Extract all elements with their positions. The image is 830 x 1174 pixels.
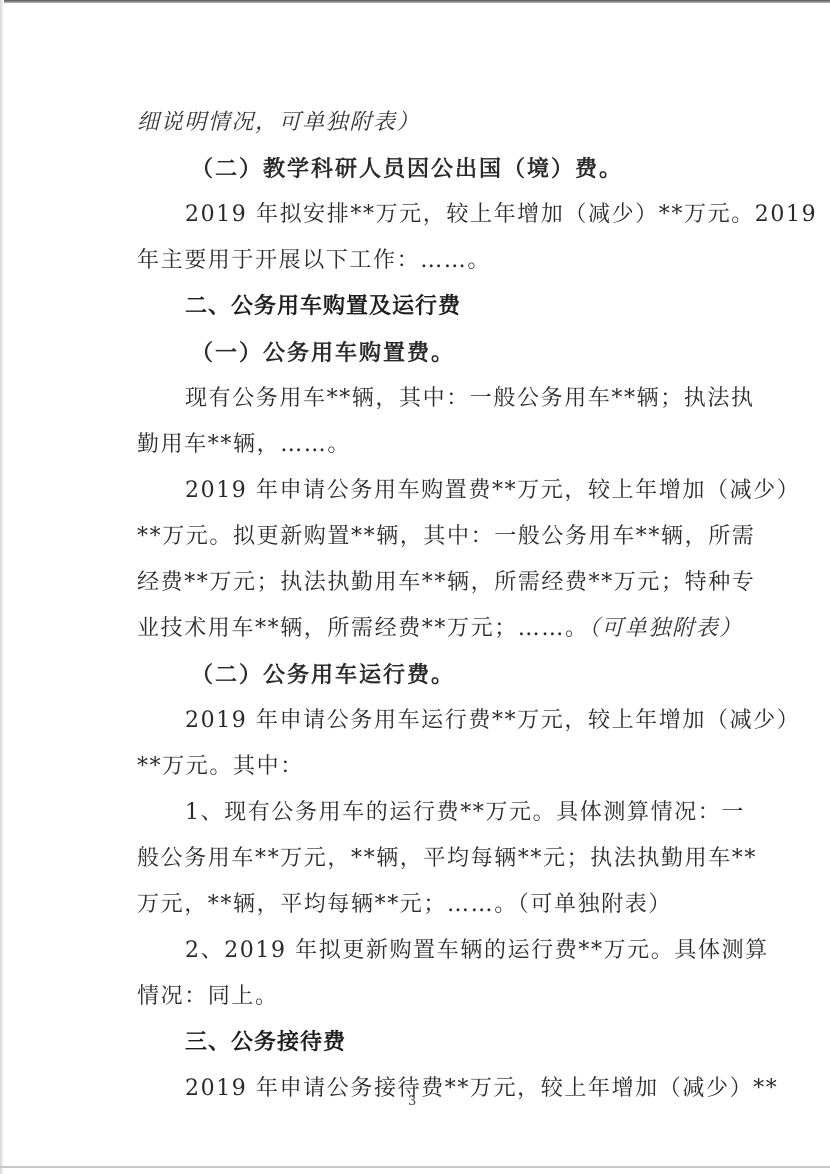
paragraph-line: 2019 年申请公务用车购置费**万元，较上年增加（减少） (185, 476, 800, 506)
subheading-overseas-travel: （二）教学科研人员因公出国（境）费。 (191, 154, 623, 184)
line-text: 业技术用车**辆，所需经费**万元；……。 (137, 616, 589, 641)
paragraph-line: 2、2019 年拟更新购置车辆的运行费**万元。具体测算 (185, 936, 769, 966)
continuation-note: 细说明情况，可单独附表） (137, 108, 420, 138)
page-number: 3 (408, 1094, 416, 1109)
paragraph-line: 万元，**辆，平均每辆**元；……。（可单独附表） (137, 890, 672, 920)
attachment-note: （可单独附表） (589, 616, 743, 641)
paragraph-line: 勤用车**辆，……。 (137, 430, 351, 460)
subheading-vehicle-operation: （二）公务用车运行费。 (191, 660, 455, 690)
scan-edge-top (0, 0, 830, 3)
paragraph-line: 年主要用于开展以下工作：……。 (137, 246, 491, 276)
paragraph-line: 业技术用车**辆，所需经费**万元；……。（可单独附表） (137, 614, 743, 644)
paragraph-line: 1、现有公务用车的运行费**万元。具体测算情况：一 (185, 798, 745, 828)
section-heading-vehicles: 二、公务用车购置及运行费 (185, 292, 461, 322)
paragraph-line: 般公务用车**万元，**辆，平均每辆**元；执法执勤用车** (137, 844, 757, 874)
paragraph-line: 情况：同上。 (137, 982, 279, 1012)
paragraph-line: 现有公务用车**辆，其中：一般公务用车**辆；执法执 (185, 384, 755, 414)
scan-edge-bottom (0, 1166, 830, 1168)
scan-edge-left (0, 0, 4, 1174)
paragraph-line: 2019 年申请公务用车运行费**万元，较上年增加（减少） (185, 706, 800, 736)
paragraph-line: 2019 年拟安排**万元，较上年增加（减少）**万元。2019 (185, 200, 817, 230)
paragraph-line: **万元。其中： (137, 752, 304, 782)
paragraph-line: 经费**万元；执法执勤用车**辆，所需经费**万元；特种专 (137, 568, 755, 598)
section-heading-reception: 三、公务接待费 (185, 1028, 346, 1058)
paragraph-line: **万元。拟更新购置**辆，其中：一般公务用车**辆，所需 (137, 522, 755, 552)
subheading-vehicle-purchase: （一）公务用车购置费。 (191, 338, 455, 368)
paragraph-line: 2019 年申请公务接待费**万元，较上年增加（减少）** (185, 1074, 778, 1104)
